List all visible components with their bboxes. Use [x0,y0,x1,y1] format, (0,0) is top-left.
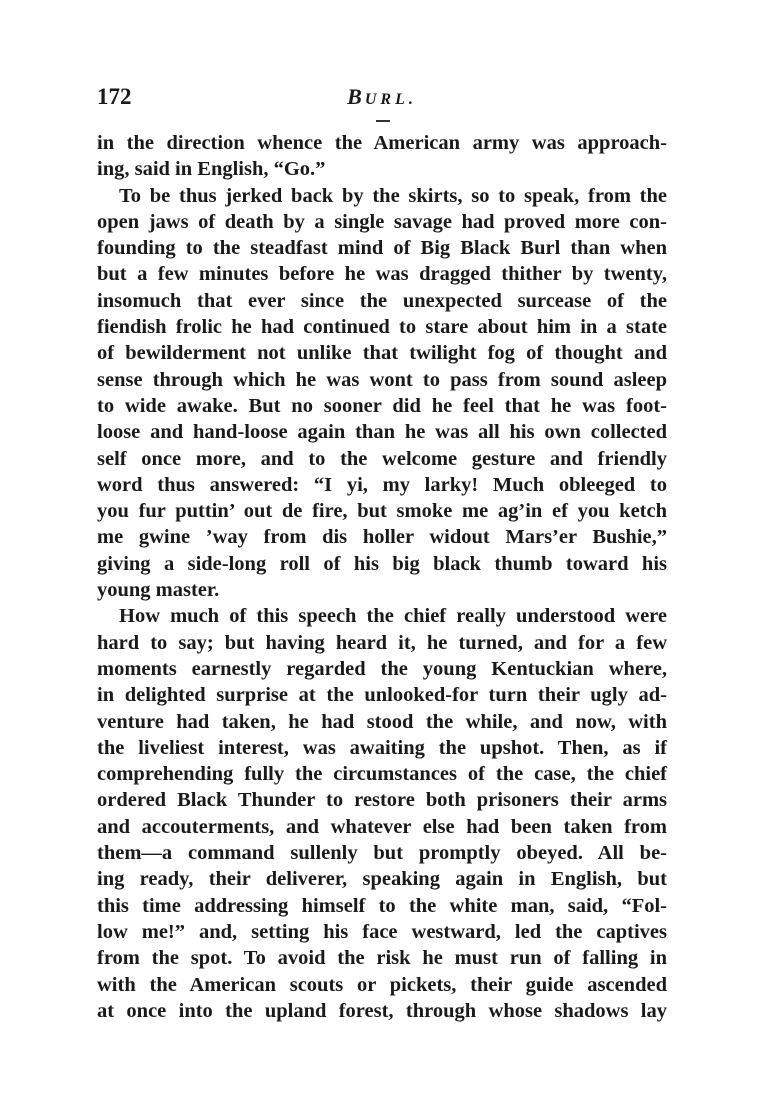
text-line: open jaws of death by a single savage ha… [97,209,667,235]
body-text: in the direction whence the American arm… [97,130,667,1024]
text-line: giving a side-long roll of his big black… [97,551,667,577]
text-line: self once more, and to the welcome gestu… [97,446,667,472]
text-line: How much of this speech the chief really… [97,603,667,629]
book-page: 172 BURL. in the direction whence the Am… [0,0,760,1100]
header-rule [376,120,390,122]
text-line: ing ready, their deliverer, speaking aga… [97,866,667,892]
text-line: sense through which he was wont to pass … [97,367,667,393]
text-line: comprehending fully the circumstances of… [97,761,667,787]
text-line: but a few minutes before he was dragged … [97,261,667,287]
text-line: to wide awake. But no sooner did he feel… [97,393,667,419]
text-line: word thus answered: “I yi, my larky! Muc… [97,472,667,498]
text-line: from the spot. To avoid the risk he must… [97,945,667,971]
text-line: of bewilderment not unlike that twilight… [97,340,667,366]
text-line: hard to say; but having heard it, he tur… [97,630,667,656]
text-line: ordered Black Thunder to restore both pr… [97,787,667,813]
text-line: founding to the steadfast mind of Big Bl… [97,235,667,261]
text-line: in delighted surprise at the unlooked-fo… [97,682,667,708]
running-head: 172 BURL. [97,84,667,114]
text-line: insomuch that ever since the unexpected … [97,288,667,314]
text-line: To be thus jerked back by the skirts, so… [97,183,667,209]
text-line: at once into the upland forest, through … [97,998,667,1024]
text-line: venture had taken, he had stood the whil… [97,709,667,735]
text-line: this time addressing himself to the whit… [97,893,667,919]
text-line: with the American scouts or pickets, the… [97,972,667,998]
text-line: low me!” and, setting his face westward,… [97,919,667,945]
running-title-initial: B [347,84,365,109]
running-title: BURL. [97,84,667,110]
text-line: young master. [97,577,667,603]
text-line: the liveliest interest, was awaiting the… [97,735,667,761]
text-line: and accouterments, and whatever else had… [97,814,667,840]
text-line: in the direction whence the American arm… [97,130,667,156]
text-line: ing, said in English, “Go.” [97,156,667,182]
text-line: you fur puttin’ out de fire, but smoke m… [97,498,667,524]
text-line: fiendish frolic he had continued to star… [97,314,667,340]
text-line: me gwine ’way from dis holler widout Mar… [97,524,667,550]
text-line: moments earnestly regarded the young Ken… [97,656,667,682]
text-line: loose and hand-loose again than he was a… [97,419,667,445]
text-line: them—a command sullenly but promptly obe… [97,840,667,866]
running-title-rest: URL. [365,91,417,108]
